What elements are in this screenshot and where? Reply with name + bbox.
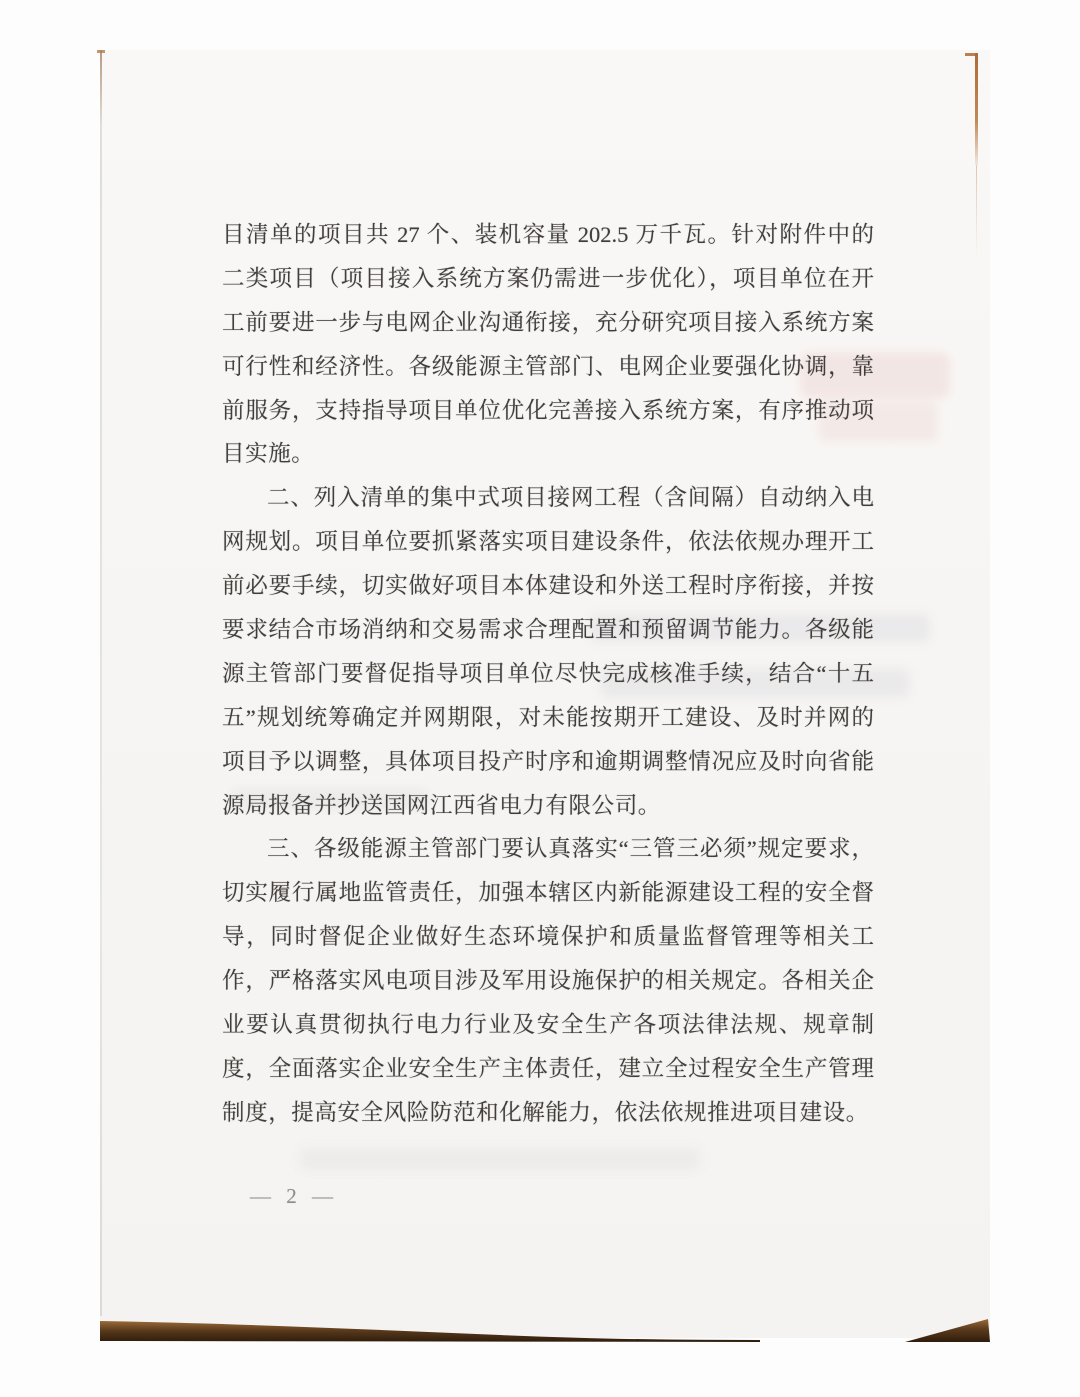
- paper-right-edge-fade: [976, 165, 978, 260]
- text-line: 源主管部门要督促指导项目单位尽快完成核准手续，结合“十五: [222, 652, 874, 696]
- paper-right-edge-tick: [965, 53, 977, 56]
- text-line: 前必要手续，切实做好项目本体建设和外送工程时序衔接，并按: [222, 564, 874, 608]
- text-line: 工前要进一步与电网企业沟通衔接，充分研究项目接入系统方案: [222, 301, 874, 345]
- text-line: 五”规划统筹确定并网期限，对未能按期开工建设、及时并网的: [222, 696, 874, 740]
- text-line: 二类项目（项目接入系统方案仍需进一步优化），项目单位在开: [222, 257, 874, 301]
- text-line: 三、各级能源主管部门要认真落实“三管三必须”规定要求，: [222, 827, 874, 871]
- page-number: — 2 —: [250, 1184, 338, 1209]
- text-line: 业要认真贯彻执行电力行业及安全生产各项法律法规、规章制: [222, 1003, 874, 1047]
- text-line: 作，严格落实风电项目涉及军用设施保护的相关规定。各相关企: [222, 959, 874, 1003]
- bleed-through-ghost: [300, 1148, 700, 1170]
- text-line: 目实施。: [222, 432, 874, 476]
- text-line: 可行性和经济性。各级能源主管部门、电网企业要强化协调，靠: [222, 345, 874, 389]
- text-line: 二、列入清单的集中式项目接网工程（含间隔）自动纳入电: [222, 476, 874, 520]
- text-line: 要求结合市场消纳和交易需求合理配置和预留调节能力。各级能: [222, 608, 874, 652]
- text-line: 导，同时督促企业做好生态环境保护和质量监督管理等相关工: [222, 915, 874, 959]
- text-line: 切实履行属地监管责任，加强本辖区内新能源建设工程的安全督: [222, 871, 874, 915]
- paper-left-edge: [100, 50, 102, 1316]
- paper-right-edge: [975, 53, 978, 165]
- text-line: 目清单的项目共 27 个、装机容量 202.5 万千瓦。针对附件中的: [222, 213, 874, 257]
- text-line: 项目予以调整，具体项目投产时序和逾期调整情况应及时向省能: [222, 740, 874, 784]
- text-line: 源局报备并抄送国网江西省电力有限公司。: [222, 784, 874, 828]
- text-line: 前服务，支持指导项目单位优化完善接入系统方案，有序推动项: [222, 389, 874, 433]
- text-line: 度，全面落实企业安全生产主体责任，建立全过程安全生产管理: [222, 1047, 874, 1091]
- paper-bottom-shadow: [100, 1314, 990, 1350]
- document-body-text: 目清单的项目共 27 个、装机容量 202.5 万千瓦。针对附件中的 二类项目（…: [222, 213, 874, 1135]
- scanned-document-page: { "document": { "lines": [ "目清单的项目共 27 个…: [0, 0, 1080, 1397]
- paper-corner-tick: [97, 50, 105, 53]
- text-line: 网规划。项目单位要抓紧落实项目建设条件，依法依规办理开工: [222, 520, 874, 564]
- text-line: 制度，提高安全风险防范和化解能力，依法依规推进项目建设。: [222, 1091, 874, 1135]
